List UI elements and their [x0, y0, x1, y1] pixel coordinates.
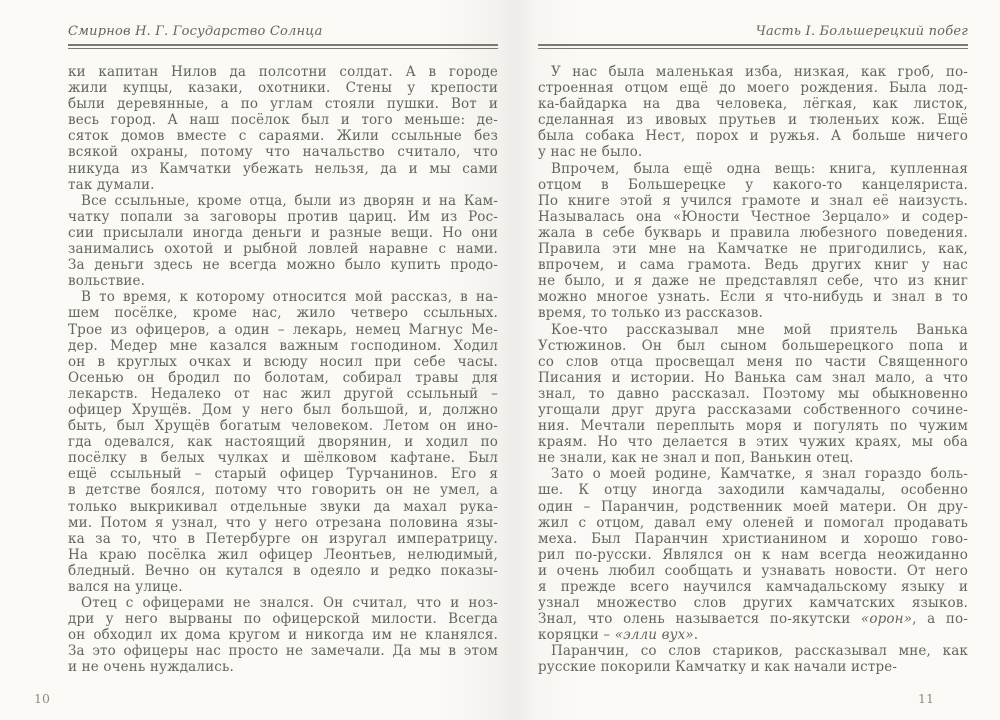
- text-line: сяток домов вместе с сараями. Жили ссыль…: [68, 128, 498, 144]
- left-page-body: ки капитан Нилов да полсотни солдат. А в…: [68, 64, 498, 676]
- text-line: знал, то давно рассказал. Поэтому мы обы…: [538, 386, 968, 402]
- text-line: Осенью он бродил по болотам, собирал тра…: [68, 370, 498, 386]
- paragraph: ки капитан Нилов да полсотни солдат. А в…: [68, 64, 498, 193]
- text-line: строенная отцом ещё до моего рождения. Б…: [538, 80, 968, 96]
- right-running-header: Часть I. Большерецкий побег: [538, 24, 968, 40]
- text-line: ки капитан Нилов да полсотни солдат. А в…: [68, 64, 498, 80]
- text-line: Правила эти мне на Камчатке не пригодили…: [538, 241, 968, 257]
- text-line: Устюжинов. Он был сыном большерецкого по…: [538, 338, 968, 354]
- text-line: коряцки – «элли вух».: [538, 627, 968, 643]
- text-line: краям. Но что делается в этих чужих края…: [538, 434, 968, 450]
- text-line: ещё ссыльный – старый офицер Турчанинов.…: [68, 466, 498, 482]
- text-line: В то время, к которому относится мой рас…: [68, 289, 498, 305]
- paragraph: Кое-что рассказывал мне мой приятель Ван…: [538, 322, 968, 467]
- text-line: За это офицеры нас просто не замечали. Д…: [68, 643, 498, 659]
- text-line: я прежде всего научился камчадальскому я…: [538, 579, 968, 595]
- text-line: чатку попали за заговоры против цариц. И…: [68, 209, 498, 225]
- text-line: один – Паранчин, родственник моей матери…: [538, 499, 968, 515]
- left-running-header: Смирнов Н. Г. Государство Солнца: [68, 24, 498, 40]
- paragraph: Отец с офицерами не знался. Он считал, ч…: [68, 595, 498, 675]
- paragraph: Впрочем, была ещё одна вещь: книга, купл…: [538, 161, 968, 322]
- text-line: меха. Был Паранчин христианином и хорошо…: [538, 531, 968, 547]
- text-line: Называлась она «Юности Честное Зерцало» …: [538, 209, 968, 225]
- text-line: сии присылали иногда деньги и разные вещ…: [68, 225, 498, 241]
- text-line: со слов отца просвещал меня по части Свя…: [538, 354, 968, 370]
- text-line: ми. Потом я узнал, что у него отрезана п…: [68, 515, 498, 531]
- text-line: узнал множество слов других камчатских я…: [538, 595, 968, 611]
- text-line: быть, был Хрущёв богатым человеком. Лето…: [68, 418, 498, 434]
- text-line: Паранчин, со слов стариков, рассказывал …: [538, 643, 968, 659]
- text-line: весь город. А наш посёлок был и того мен…: [68, 112, 498, 128]
- right-header-rule: [538, 44, 968, 49]
- right-page-body: У нас была маленькая изба, низкая, как г…: [538, 64, 968, 676]
- text-line: вался на улице.: [68, 579, 498, 595]
- text-line: не знали, как не знал и поп, Ванькин оте…: [538, 450, 968, 466]
- text-line: бледный. Вечно он кутался в одеяло и ред…: [68, 563, 498, 579]
- paragraph: Зато о моей родине, Камчатке, я знал гор…: [538, 466, 968, 643]
- text-line: У нас была маленькая изба, низкая, как г…: [538, 64, 968, 80]
- text-line: занимались охотой и рыбной ловлей наравн…: [68, 241, 498, 257]
- text-line: За деньги здесь не всегда можно было куп…: [68, 257, 498, 273]
- text-line: сделанная из ивовых прутьев и тюленьих к…: [538, 112, 968, 128]
- text-line: он обходил их дома кругом и никогда им н…: [68, 627, 498, 643]
- paragraph: Паранчин, со слов стариков, рассказывал …: [538, 643, 968, 675]
- text-line: жала в себе букварь и правила любезного …: [538, 225, 968, 241]
- text-line: вольствие.: [68, 273, 498, 289]
- left-page-number: 10: [34, 691, 50, 706]
- text-line: ше. К отцу иногда заходили камчадалы, ос…: [538, 482, 968, 498]
- left-header-rule: [68, 44, 498, 49]
- text-line: и очень любил сообщать и узнавать новост…: [538, 563, 968, 579]
- text-line: дер. Медер мне казался важным господином…: [68, 338, 498, 354]
- text-line: не было, и я даже не представлял себе, ч…: [538, 273, 968, 289]
- text-line: была собака Нест, порох и ружья. А больш…: [538, 128, 968, 144]
- paragraph: Все ссыльные, кроме отца, были из дворян…: [68, 193, 498, 290]
- text-line: так думали.: [68, 177, 498, 193]
- text-line: офицер Хрущёв. Дом у него был большой, и…: [68, 402, 498, 418]
- text-line: угощали друг друга рассказами собственно…: [538, 402, 968, 418]
- text-line: Впрочем, была ещё одна вещь: книга, купл…: [538, 161, 968, 177]
- text-line: Все ссыльные, кроме отца, были из дворян…: [68, 193, 498, 209]
- text-line: лекарств. Недалеко от нас жил другой ссы…: [68, 386, 498, 402]
- text-line: были деревянные, а по углам стояли пушки…: [68, 96, 498, 112]
- text-line: ния. Мечтали переплыть моря и погулять п…: [538, 418, 968, 434]
- text-line: Знал, что олень называется по-якутски «о…: [538, 611, 968, 627]
- text-line: По книге этой я учился грамоте и знал её…: [538, 193, 968, 209]
- text-line: жил с отцом, давал ему оленей и помогал …: [538, 515, 968, 531]
- text-line: всякой охраны, потому что начальство счи…: [68, 144, 498, 160]
- text-line: Отец с офицерами не знался. Он считал, ч…: [68, 595, 498, 611]
- text-line: дри у него вырваны по офицерской милости…: [68, 611, 498, 627]
- text-line: в детстве боялся, потому что говорить он…: [68, 482, 498, 498]
- text-line: отцом в Большерецке у какого-то канцеляр…: [538, 177, 968, 193]
- text-line: он в круглых очках и всюду носил при себ…: [68, 354, 498, 370]
- book-spread: Смирнов Н. Г. Государство Солнца ки капи…: [0, 0, 1000, 720]
- text-line: только выкрикивал отдельные звуки да мах…: [68, 499, 498, 515]
- text-line: Писания и истории. Но Ванька сам знал ма…: [538, 370, 968, 386]
- text-line: ка за то, что в Петербурге он изругал им…: [68, 531, 498, 547]
- text-line: Зато о моей родине, Камчатке, я знал гор…: [538, 466, 968, 482]
- text-line: и не очень нуждались.: [68, 659, 498, 675]
- right-page: Часть I. Большерецкий побег У нас была м…: [538, 24, 968, 676]
- left-page: Смирнов Н. Г. Государство Солнца ки капи…: [68, 24, 498, 676]
- text-line: ка-байдарка на два человека, лёгкая, как…: [538, 96, 968, 112]
- text-line: Кое-что рассказывал мне мой приятель Ван…: [538, 322, 968, 338]
- text-line: впрочем, и сама грамота. Ведь других кни…: [538, 257, 968, 273]
- text-line: никуда из Камчатки убежать нельзя, да и …: [68, 161, 498, 177]
- text-line: рил по-русски. Являлся он к нам всегда н…: [538, 547, 968, 563]
- paragraph: У нас была маленькая изба, низкая, как г…: [538, 64, 968, 161]
- text-line: Трое из офицеров, а один – лекарь, немец…: [68, 322, 498, 338]
- text-line: у нас не было.: [538, 144, 968, 160]
- text-line: можно многое узнать. Если я что-нибудь и…: [538, 289, 968, 305]
- text-line: жили купцы, казаки, охотники. Стены у кр…: [68, 80, 498, 96]
- text-line: время, то только из рассказов.: [538, 305, 968, 321]
- text-line: шем посёлке, кроме нас, жило четверо ссы…: [68, 305, 498, 321]
- text-line: На краю посёлка жил офицер Леонтьев, нел…: [68, 547, 498, 563]
- paragraph: В то время, к которому относится мой рас…: [68, 289, 498, 595]
- text-line: русские покорили Камчатку и как начали и…: [538, 659, 968, 675]
- text-line: посёлку в белых чулках и шёлковом кафтан…: [68, 450, 498, 466]
- right-page-number: 11: [918, 691, 934, 706]
- text-line: гда одевался, как настоящий дворянин, и …: [68, 434, 498, 450]
